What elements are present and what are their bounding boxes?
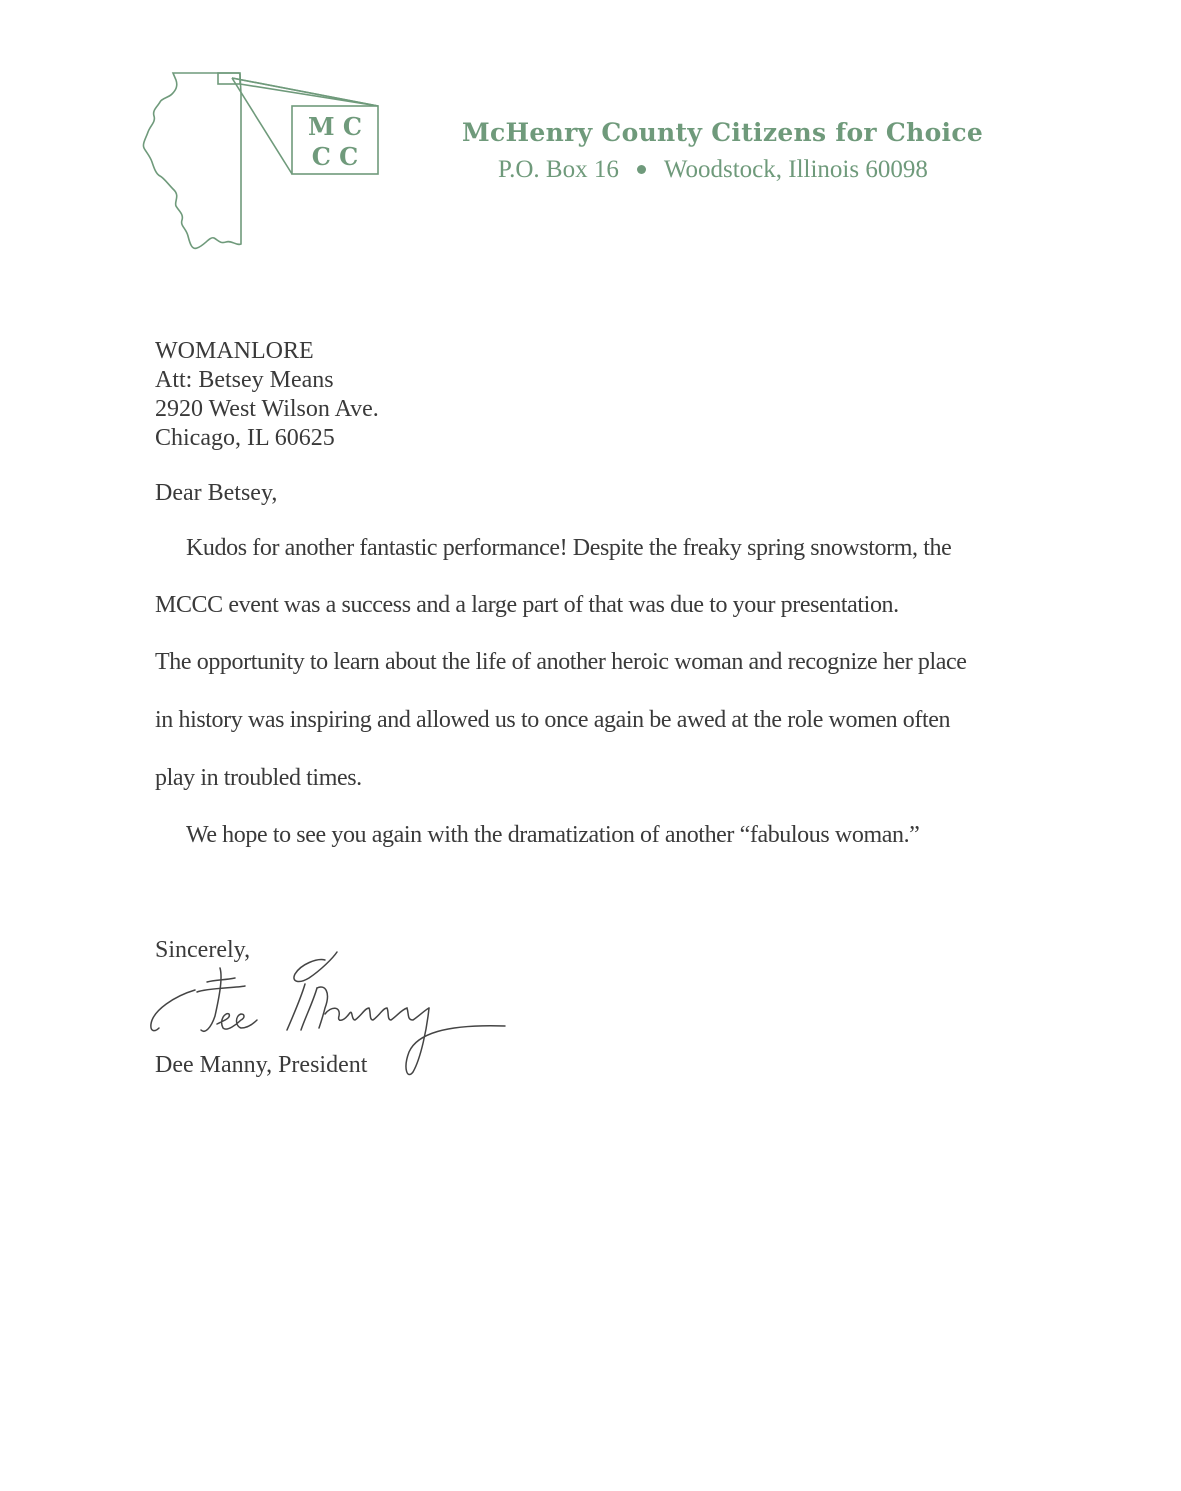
bullet-icon (637, 165, 646, 174)
logo-letters-top: M C (308, 112, 362, 141)
recipient-line: WOMANLORE (155, 337, 379, 366)
body-line: The opportunity to learn about the life … (155, 649, 967, 676)
signer-name: Dee Manny, President (155, 1052, 367, 1079)
recipient-line: Chicago, IL 60625 (155, 424, 379, 453)
recipient-line: Att: Betsey Means (155, 366, 379, 395)
illinois-map-icon: M C C C (140, 64, 390, 256)
po-box: P.O. Box 16 (498, 156, 619, 183)
body-line: Kudos for another fantastic performance!… (186, 535, 951, 562)
body-line: We hope to see you again with the dramat… (186, 822, 919, 849)
body-line: in history was inspiring and allowed us … (155, 707, 950, 734)
recipient-line: 2920 West Wilson Ave. (155, 395, 379, 424)
recipient-address: WOMANLORE Att: Betsey Means 2920 West Wi… (155, 337, 379, 453)
body-line: MCCC event was a success and a large par… (155, 592, 899, 619)
logo-letters-bottom: C C (312, 142, 359, 171)
salutation: Dear Betsey, (155, 480, 277, 507)
organization-address: P.O. Box 16Woodstock, Illinois 60098 (498, 156, 928, 184)
organization-name: McHenry County Citizens for Choice (462, 118, 983, 147)
city-state: Woodstock, Illinois 60098 (664, 156, 928, 183)
body-line: play in troubled times. (155, 765, 362, 792)
